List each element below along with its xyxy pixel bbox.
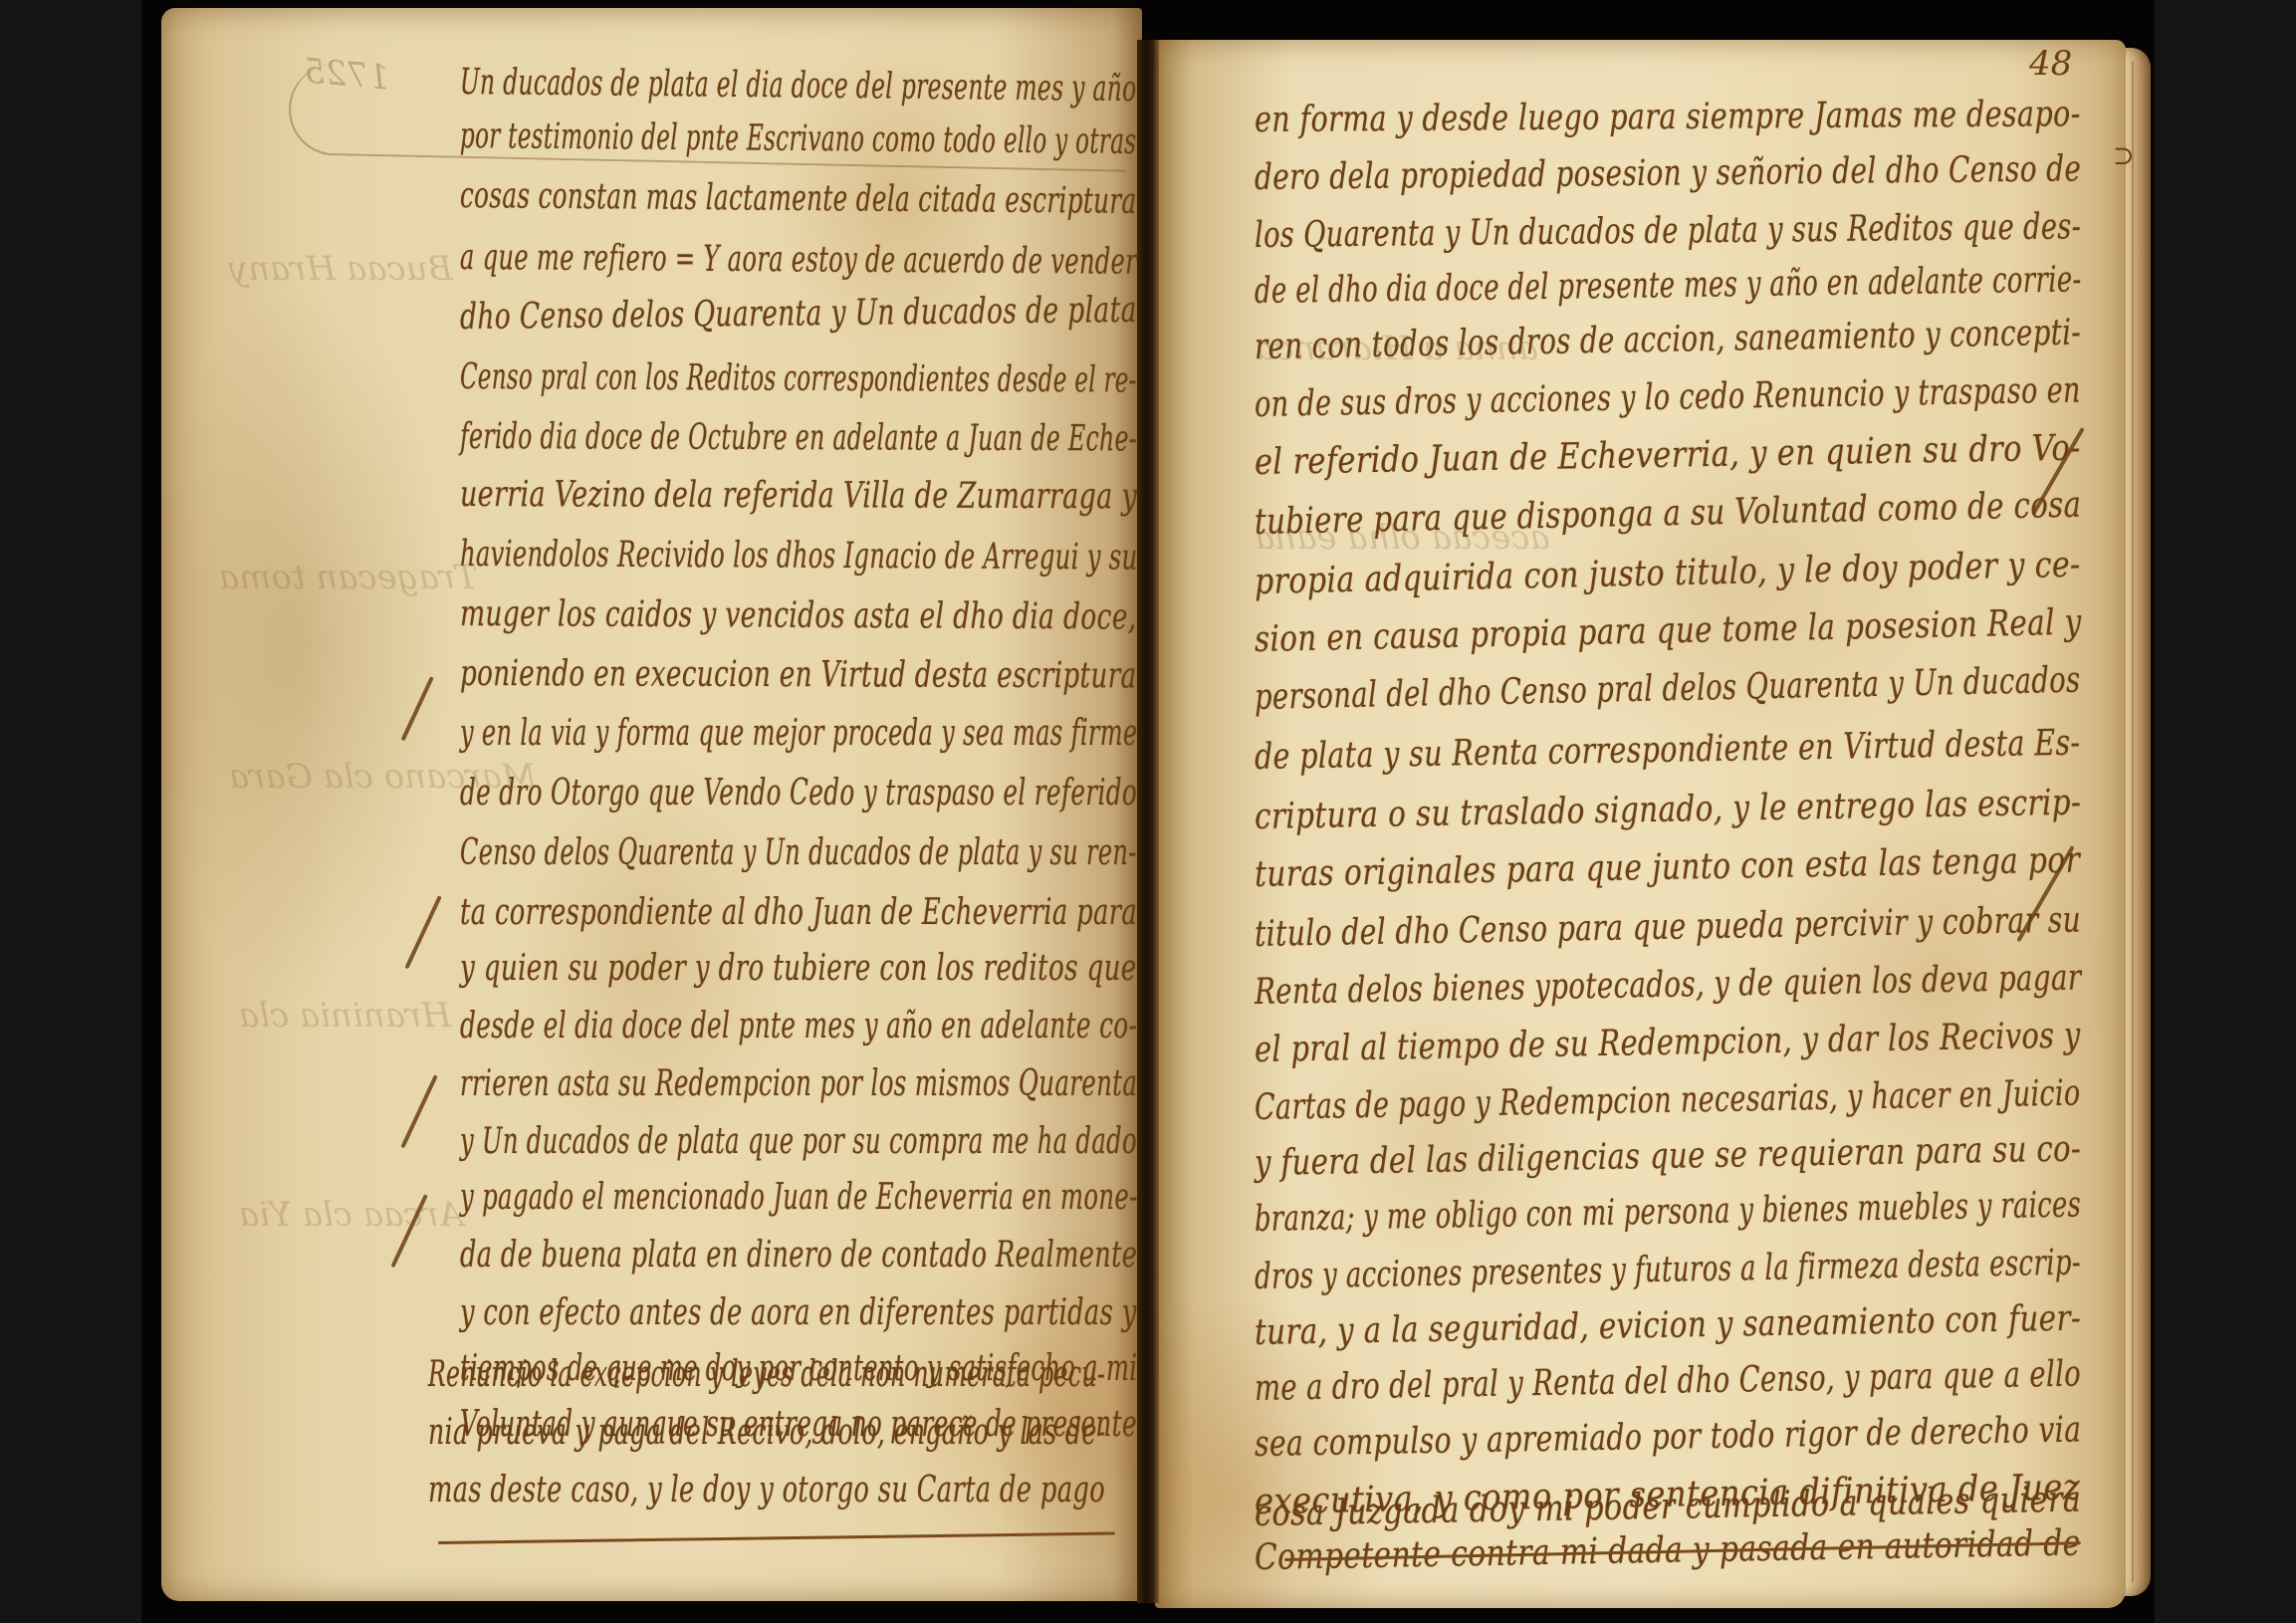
text-line: y pagado el mencionado Juan de Echeverri… (460, 1177, 1138, 1218)
text-line: dho Censo delos Quarenta y Un ducados de… (460, 290, 1137, 338)
text-line: Censo pral con los Reditos correspondien… (460, 356, 1137, 401)
text-line: de dro Otorgo que Vendo Cedo y traspaso … (460, 773, 1137, 813)
text-line: ferido dia doce de Octubre en adelante a… (460, 416, 1137, 459)
text-line: en forma y desde luego para siempre Jama… (1255, 94, 2081, 140)
text-line: por testimonio del pnte Escrivano como t… (460, 116, 1137, 162)
text-line: los Quarenta y Un ducados de plata y sus… (1255, 206, 2082, 256)
text-line: Censo delos Quarenta y Un ducados de pla… (460, 832, 1137, 873)
text-line: ta correspondiente al dho Juan de Echeve… (460, 892, 1137, 933)
text-line: desde el dia doce del pnte mes y año en … (460, 1006, 1137, 1046)
text-line: haviendolos Recivido los dhos Ignacio de… (460, 534, 1138, 579)
text-line: a que me refiero = Y aora estoy de acuer… (460, 237, 1137, 283)
margin-mark: ⊃ (2113, 141, 2135, 171)
text-line: rrieren asta su Redempcion por los mismo… (460, 1063, 1137, 1104)
text-line: mas deste caso, y le doy y otorgo su Car… (428, 1470, 1105, 1510)
text-line: muger los caidos y vencidos asta el dho … (460, 593, 1137, 638)
text-line: cosas constan mas lactamente dela citada… (460, 175, 1137, 222)
text-line: y con efecto antes de aora en diferentes… (460, 1292, 1137, 1333)
folio-number: 48 (2029, 44, 2072, 84)
text-line: y quien su poder y dro tubiere con los r… (460, 948, 1137, 989)
book-gutter (1137, 40, 1159, 1603)
text-line: da de buena plata en dinero de contado R… (460, 1235, 1137, 1275)
text-line: uerria Vezino dela referida Villa de Zum… (460, 474, 1137, 517)
text-line: Un ducados de plata el dia doce del pres… (460, 62, 1137, 110)
text-line: dero dela propiedad posesion y señorio d… (1255, 148, 2082, 198)
text-line: y Un ducados de plata que por su compra … (460, 1121, 1137, 1162)
text-line: y en la via y forma que mejor proceda y … (460, 713, 1137, 754)
text-line: Renuncio la excepcion y leyes dela non n… (428, 1354, 1105, 1395)
text-line: poniendo en execucion en Virtud desta es… (460, 653, 1137, 696)
text-line: nia prueva y paga del Recivo, dolo, enga… (428, 1412, 1105, 1453)
